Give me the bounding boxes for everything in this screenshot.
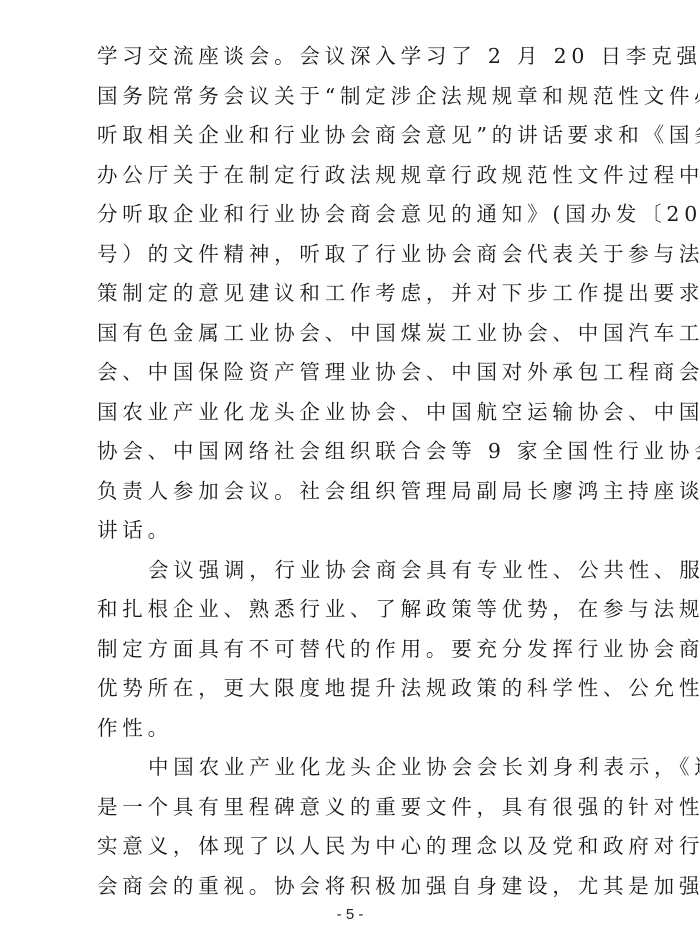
paragraph-2: 会议强调，行业协会商会具有专业性、公共性、服务性 和扎根企业、熟悉行业、了解政策… — [97, 551, 607, 749]
text-line: 制定方面具有不可替代的作用。要充分发挥行业协会商会的 — [97, 630, 607, 670]
text-line: 会商会的重视。协会将积极加强自身建设，尤其是加强对中 — [97, 867, 607, 907]
text-line: 和扎根企业、熟悉行业、了解政策等优势，在参与法规政策 — [97, 590, 607, 630]
text-line: 是一个具有里程碑意义的重要文件，具有很强的针对性和现 — [97, 788, 607, 828]
text-line: 作性。 — [97, 709, 607, 749]
text-line: 听取相关企业和行业协会商会意见”的讲话要求和《国务院 — [97, 116, 607, 156]
text-line: 协会、中国网络社会组织联合会等 9 家全国性行业协会商会 — [97, 432, 607, 472]
text-line: 实意义，体现了以人民为中心的理念以及党和政府对行业协 — [97, 827, 607, 867]
text-line: 学习交流座谈会。会议深入学习了 2 月 20 日李克强总理在 — [97, 37, 607, 77]
text-line: 负责人参加会议。社会组织管理局副局长廖鸿主持座谈会并 — [97, 472, 607, 512]
text-line: 会、中国保险资产管理业协会、中国对外承包工程商会、中 — [97, 353, 607, 393]
text-line: 讲话。 — [97, 511, 607, 551]
text-line: 策制定的意见建议和工作考虑，并对下步工作提出要求。中 — [97, 274, 607, 314]
text-line: 会议强调，行业协会商会具有专业性、公共性、服务性 — [97, 551, 607, 591]
text-line: 号）的文件精神，听取了行业协会商会代表关于参与法规政 — [97, 235, 607, 275]
text-line: 国务院常务会议关于“制定涉企法规规章和规范性文件必须 — [97, 77, 607, 117]
paragraph-1: 学习交流座谈会。会议深入学习了 2 月 20 日李克强总理在 国务院常务会议关于… — [97, 37, 607, 551]
text-line: 国农业产业化龙头企业协会、中国航空运输协会、中国旅游 — [97, 393, 607, 433]
text-line: 国有色金属工业协会、中国煤炭工业协会、中国汽车工业协 — [97, 314, 607, 354]
document-body: 学习交流座谈会。会议深入学习了 2 月 20 日李克强总理在 国务院常务会议关于… — [97, 37, 607, 906]
text-line: 分听取企业和行业协会商会意见的通知》(国办发〔2019〕9 — [97, 195, 607, 235]
page-number: - 5 - — [0, 906, 700, 923]
paragraph-3: 中国农业产业化龙头企业协会会长刘身利表示，《通知》 是一个具有里程碑意义的重要文… — [97, 748, 607, 906]
text-line: 中国农业产业化龙头企业协会会长刘身利表示，《通知》 — [97, 748, 607, 788]
text-line: 办公厅关于在制定行政法规规章行政规范性文件过程中充 — [97, 156, 607, 196]
text-line: 优势所在，更大限度地提升法规政策的科学性、公允性和操 — [97, 669, 607, 709]
